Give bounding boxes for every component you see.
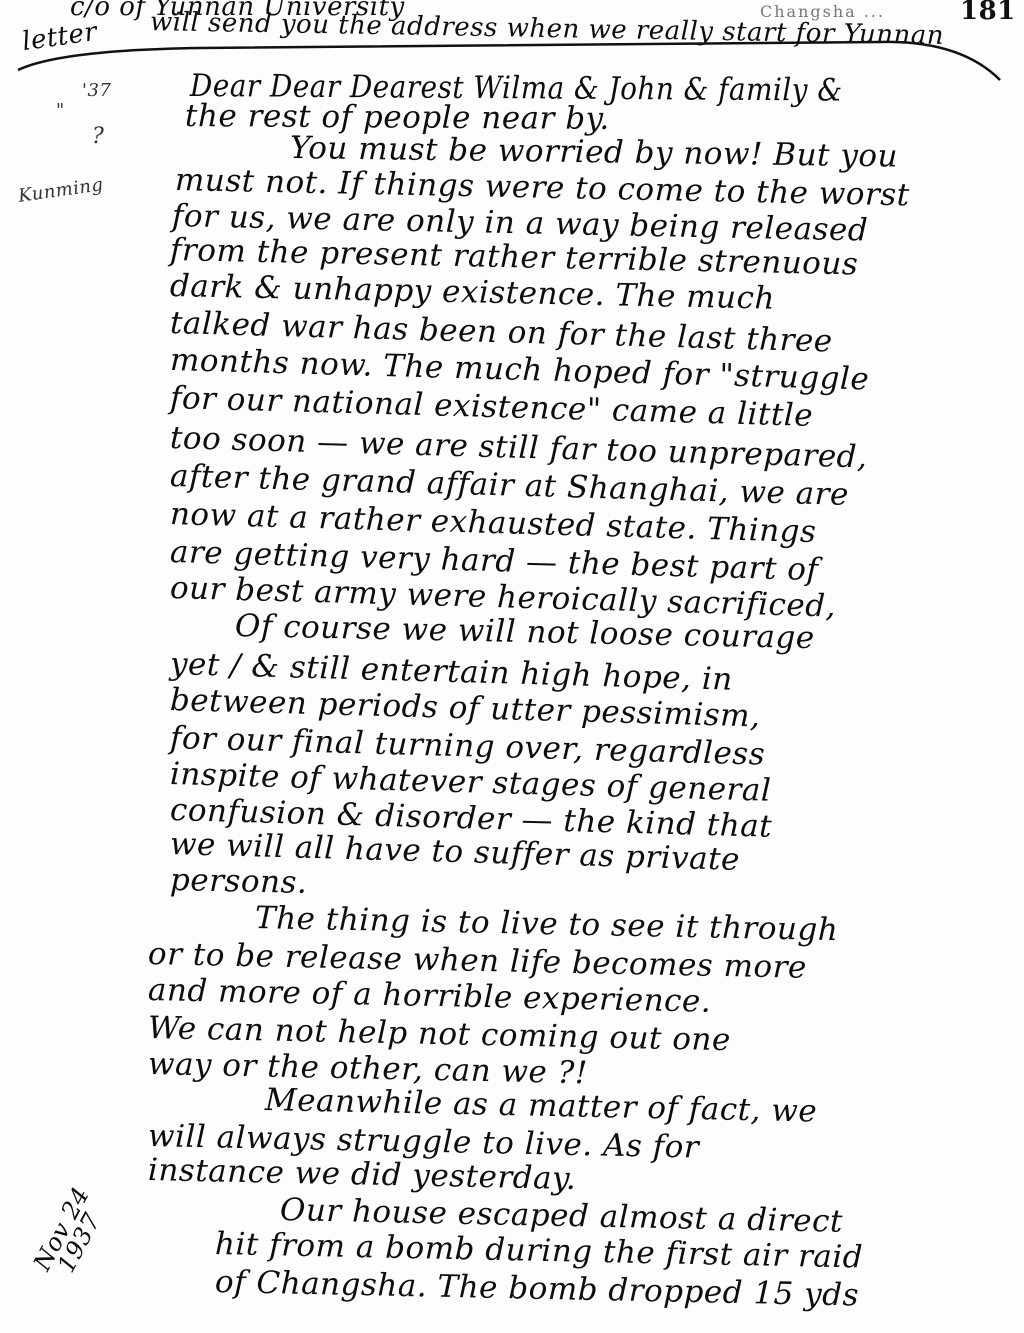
margin-year-mark: '37: [82, 80, 111, 101]
letter-line: persons.: [170, 862, 308, 901]
letter-page: Changsha ... 181 c/o of Yunnan Universit…: [0, 0, 1024, 1333]
margin-place-note: Kunming: [17, 174, 105, 207]
margin-question-mark: ?: [92, 124, 104, 149]
margin-quote-mark: ": [56, 100, 65, 121]
page-number: 181: [960, 0, 1016, 26]
letter-line: instance we did yesterday.: [148, 1152, 577, 1197]
